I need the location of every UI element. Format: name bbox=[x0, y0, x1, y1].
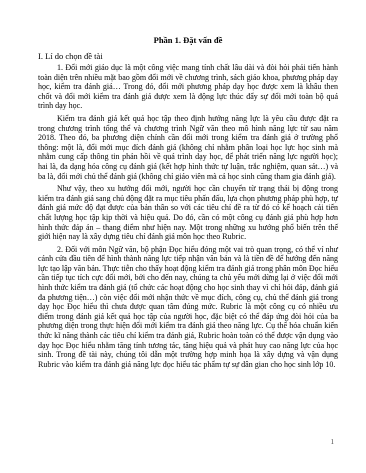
page-number: 1 bbox=[331, 438, 335, 446]
body-paragraph-1: 1. Đổi mới giáo dục là một công việc man… bbox=[38, 63, 338, 111]
document-page: Phần 1. Đặt vấn đề I. Lí do chọn đề tài … bbox=[0, 0, 366, 473]
body-paragraph-4: 2. Đối với môn Ngữ văn, bộ phận Đọc hiểu… bbox=[38, 245, 338, 370]
body-paragraph-2: Kiểm tra đánh giá kết quả học tập theo đ… bbox=[38, 114, 338, 181]
section-title: Phần 1. Đặt vấn đề bbox=[38, 35, 338, 45]
subsection-heading: I. Lí do chọn đề tài bbox=[38, 51, 338, 61]
body-paragraph-3: Như vậy, theo xu hướng đổi mới, người họ… bbox=[38, 184, 338, 242]
